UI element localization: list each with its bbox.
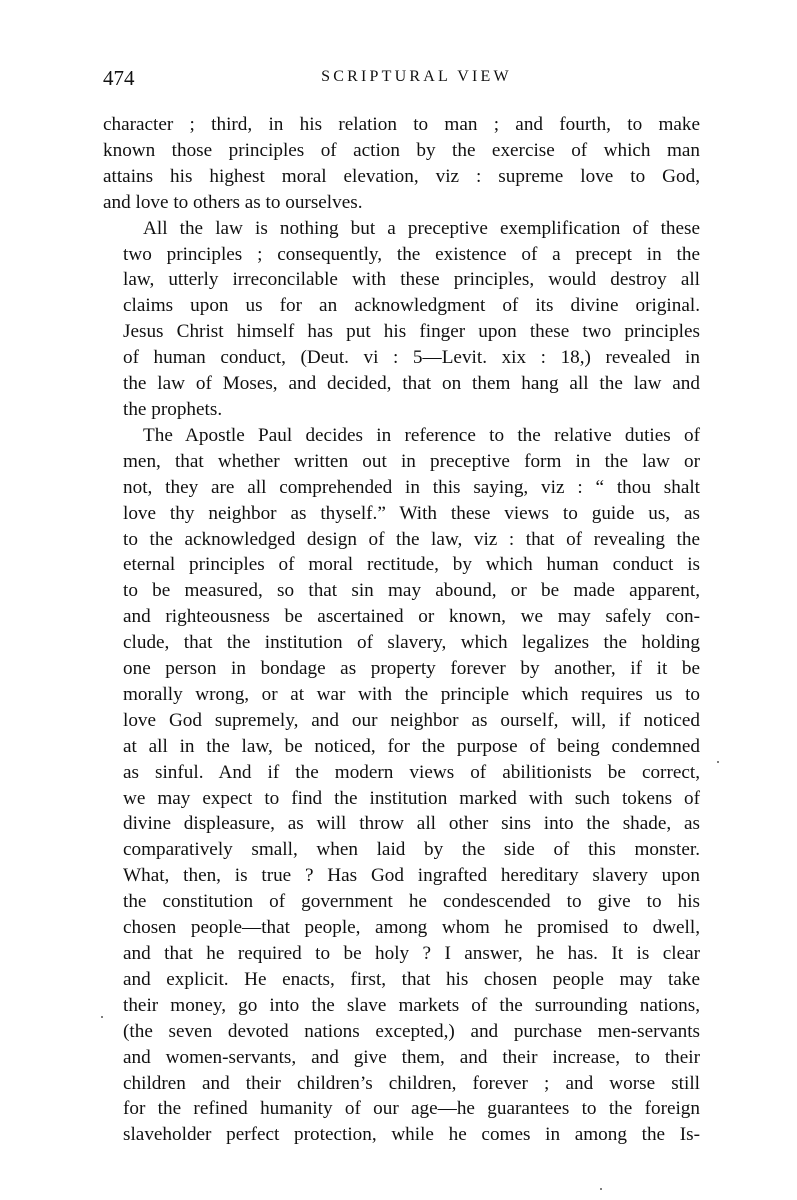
text-line: What, then, is true ? Has God ingrafted … (103, 863, 700, 889)
text-line: the law of Moses, and decided, that on t… (103, 371, 700, 397)
scan-speck (717, 761, 719, 763)
text-line: slaveholder perfect protection, while he… (103, 1122, 700, 1148)
text-line: at all in the law, be noticed, for the p… (103, 734, 700, 760)
text-line: and women-servants, and give them, and t… (103, 1045, 700, 1071)
text-line: we may expect to find the institution ma… (103, 786, 700, 812)
text-line: attains his highest moral elevation, viz… (103, 164, 700, 190)
text-line: two principles ; consequently, the exist… (103, 242, 700, 268)
text-line: and explicit. He enacts, first, that his… (103, 967, 700, 993)
text-line: claims upon us for an acknowledgment of … (103, 293, 700, 319)
text-line: love thy neighbor as thyself.” With thes… (103, 501, 700, 527)
text-line: the prophets. (103, 397, 700, 423)
text-line: law, utterly irreconcilable with these p… (103, 267, 700, 293)
running-title: SCRIPTURAL VIEW (103, 68, 700, 86)
paragraph-2: All the law is nothing but a preceptive … (103, 216, 700, 423)
text-line: men, that whether written out in precept… (103, 449, 700, 475)
text-line: children and their children’s children, … (103, 1071, 700, 1097)
text-line: chosen people—that people, among whom he… (103, 915, 700, 941)
text-line: The Apostle Paul decides in reference to… (103, 423, 700, 449)
text-line: known those principles of action by the … (103, 138, 700, 164)
text-line: and righteousness be ascertained or know… (103, 604, 700, 630)
text-line: to be measured, so that sin may abound, … (103, 578, 700, 604)
text-line: and love to others as to ourselves. (103, 190, 700, 216)
text-line: comparatively small, when laid by the si… (103, 837, 700, 863)
paragraph-3: The Apostle Paul decides in reference to… (103, 423, 700, 1148)
text-line: All the law is nothing but a preceptive … (103, 216, 700, 242)
book-page: 474 SCRIPTURAL VIEW character ; third, i… (103, 66, 700, 1148)
text-line: divine displeasure, as will throw all ot… (103, 811, 700, 837)
text-line: character ; third, in his relation to ma… (103, 112, 700, 138)
text-line: love God supremely, and our neighbor as … (103, 708, 700, 734)
text-line: eternal principles of moral rectitude, b… (103, 552, 700, 578)
text-line: (the seven devoted nations excepted,) an… (103, 1019, 700, 1045)
text-line: and that he required to be holy ? I answ… (103, 941, 700, 967)
paragraph-1: character ; third, in his relation to ma… (103, 112, 700, 216)
text-line: morally wrong, or at war with the princi… (103, 682, 700, 708)
running-head: 474 SCRIPTURAL VIEW (103, 66, 700, 96)
text-line: the constitution of government he condes… (103, 889, 700, 915)
scan-speck (101, 1016, 103, 1018)
text-line: as sinful. And if the modern views of ab… (103, 760, 700, 786)
text-line: their money, go into the slave markets o… (103, 993, 700, 1019)
scan-speck (600, 1188, 602, 1190)
text-line: clude, that the institution of slavery, … (103, 630, 700, 656)
text-line: not, they are all comprehended in this s… (103, 475, 700, 501)
text-line: one person in bondage as property foreve… (103, 656, 700, 682)
text-line: for the refined humanity of our age—he g… (103, 1096, 700, 1122)
body-text: character ; third, in his relation to ma… (103, 112, 700, 1148)
text-line: Jesus Christ himself has put his finger … (103, 319, 700, 345)
text-line: to the acknowledged design of the law, v… (103, 527, 700, 553)
text-line: of human conduct, (Deut. vi : 5—Levit. x… (103, 345, 700, 371)
